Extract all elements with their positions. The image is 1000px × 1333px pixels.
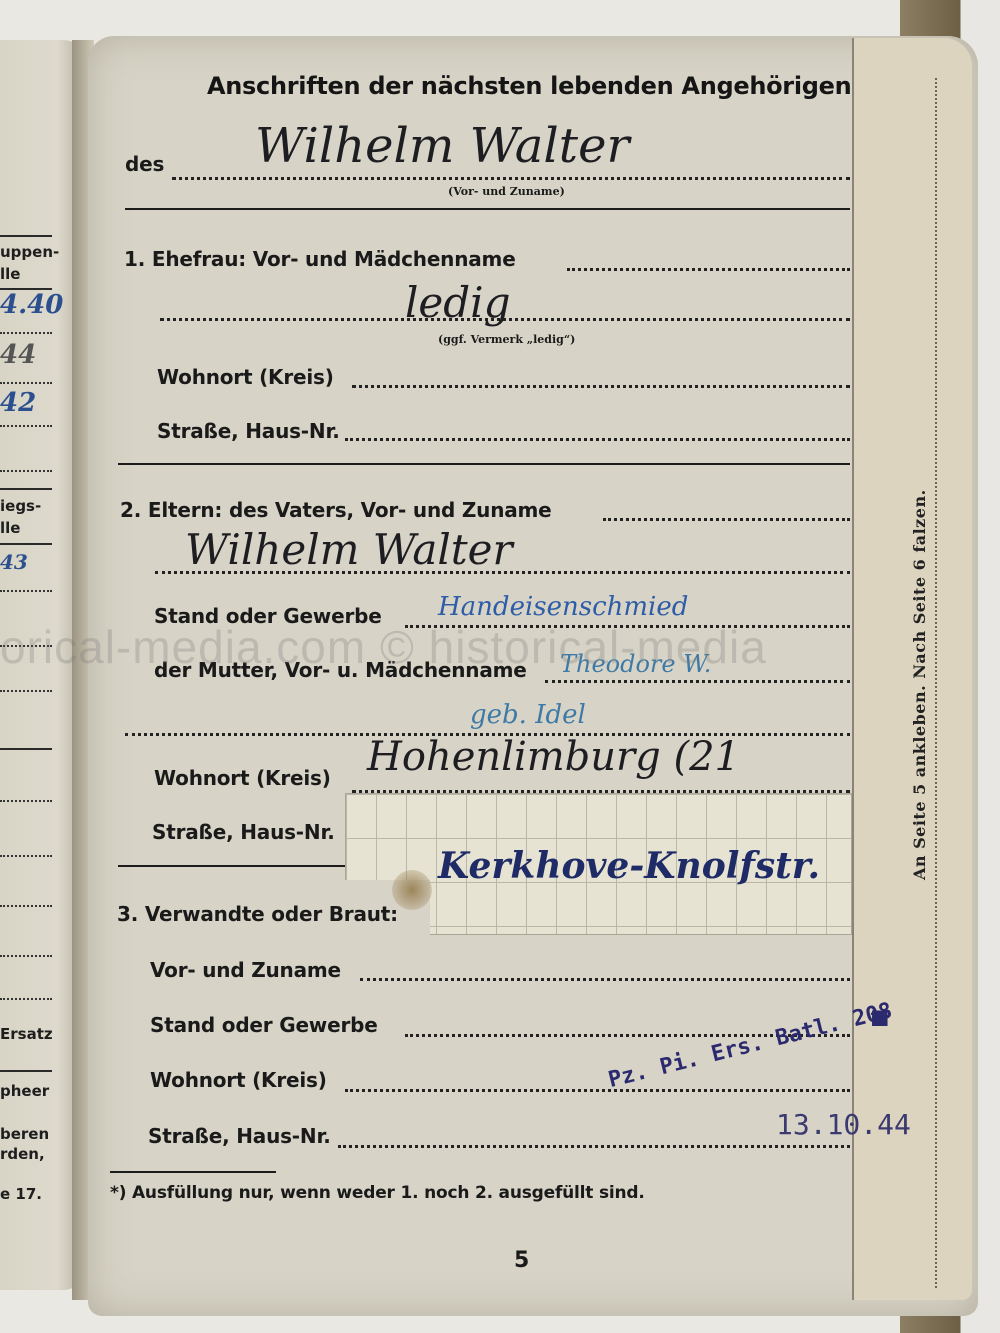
section-1-wohnort-line xyxy=(352,385,850,388)
left-label: uppen- xyxy=(0,243,59,261)
section-rule xyxy=(125,208,850,210)
left-dotted-line xyxy=(0,470,52,472)
mother-maiden-name-handwritten: geb. Idel xyxy=(470,700,586,730)
section-rule xyxy=(118,463,850,465)
left-dotted-line xyxy=(0,855,52,857)
left-ink-mark: 44 xyxy=(0,340,36,370)
left-dotted-line xyxy=(0,800,52,802)
soldier-name-handwritten: Wilhelm Walter xyxy=(255,118,629,174)
left-label: e 17. xyxy=(0,1185,42,1203)
wife-name-dotted-line xyxy=(567,268,850,271)
fold-strip-perforation xyxy=(935,78,937,1288)
father-name-line xyxy=(603,518,850,521)
section-3-name-line xyxy=(360,978,850,981)
section-3-stand-label: Stand oder Gewerbe xyxy=(150,1013,378,1037)
left-dotted-line xyxy=(0,590,52,592)
des-label: des xyxy=(125,152,164,176)
parents-town-handwritten: Hohenlimburg (21 xyxy=(367,734,740,780)
wife-name-dotted-line-2 xyxy=(160,318,850,321)
section-3-wohnort-line xyxy=(345,1089,850,1092)
footnote-rule xyxy=(110,1171,276,1173)
left-label: iegs- xyxy=(0,497,41,515)
name-caption: (Vor- und Zuname) xyxy=(448,185,565,198)
father-name-handwritten: Wilhelm Walter xyxy=(185,525,513,574)
section-3-name-label: Vor- und Zuname xyxy=(150,958,341,982)
left-label: lle xyxy=(0,265,20,283)
section-2-strasse-label: Straße, Haus-Nr. xyxy=(152,820,335,844)
section-3-wohnort-label: Wohnort (Kreis) xyxy=(150,1068,327,1092)
section-2-heading: 2. Eltern: des Vaters, Vor- und Zuname xyxy=(120,498,552,522)
left-label: pheer xyxy=(0,1082,49,1100)
stamp-mark: ■ xyxy=(872,1002,888,1032)
section-2-mother-line xyxy=(545,680,850,683)
left-dotted-line xyxy=(0,382,52,384)
left-label: rden, xyxy=(0,1145,45,1163)
left-dotted-line xyxy=(0,955,52,957)
father-occupation-handwritten: Handeisenschmied xyxy=(438,592,688,622)
section-2-wohnort-label: Wohnort (Kreis) xyxy=(154,766,331,790)
section-3-strasse-line xyxy=(338,1145,850,1148)
section-3-strasse-label: Straße, Haus-Nr. xyxy=(148,1124,331,1148)
wife-caption: (ggf. Vermerk „ledig“) xyxy=(438,333,575,346)
left-rule xyxy=(0,488,52,490)
section-1-wohnort-label: Wohnort (Kreis) xyxy=(157,365,334,389)
left-dotted-line xyxy=(0,905,52,907)
name-dotted-line xyxy=(172,177,850,180)
watermark: orical-media.com © historical-media xyxy=(0,620,1000,674)
left-ink-mark: 4.40 xyxy=(0,290,63,320)
father-name-line-2 xyxy=(155,571,850,574)
left-dotted-line xyxy=(0,998,52,1000)
stamp-date: 13.10.44 xyxy=(776,1108,911,1141)
page-number: 5 xyxy=(514,1248,529,1273)
left-rule xyxy=(0,1070,52,1072)
glue-stain xyxy=(392,870,432,910)
left-rule xyxy=(0,235,52,237)
parents-street-handwritten: Kerkhove-Knolfstr. xyxy=(438,845,820,887)
left-rule xyxy=(0,543,52,545)
section-1-heading: 1. Ehefrau: Vor- und Mädchenname xyxy=(124,247,516,271)
left-rule xyxy=(0,748,52,750)
left-dotted-line xyxy=(0,332,52,334)
left-ink-mark: 43 xyxy=(0,550,28,574)
left-ink-mark: 42 xyxy=(0,388,36,418)
left-label: Ersatz xyxy=(0,1025,53,1043)
section-rule xyxy=(118,865,358,867)
left-label: beren xyxy=(0,1125,49,1143)
footnote: *) Ausfüllung nur, wenn weder 1. noch 2.… xyxy=(110,1183,645,1203)
left-dotted-line xyxy=(0,425,52,427)
section-1-strasse-line xyxy=(345,438,850,441)
left-dotted-line xyxy=(0,690,52,692)
left-label: lle xyxy=(0,519,20,537)
page-title: Anschriften der nächsten lebenden Angehö… xyxy=(207,72,851,100)
section-1-strasse-label: Straße, Haus-Nr. xyxy=(157,419,340,443)
fold-strip-instruction: An Seite 5 ankleben. Nach Seite 6 falzen… xyxy=(910,489,929,880)
section-3-heading: 3. Verwandte oder Braut: xyxy=(117,902,398,926)
